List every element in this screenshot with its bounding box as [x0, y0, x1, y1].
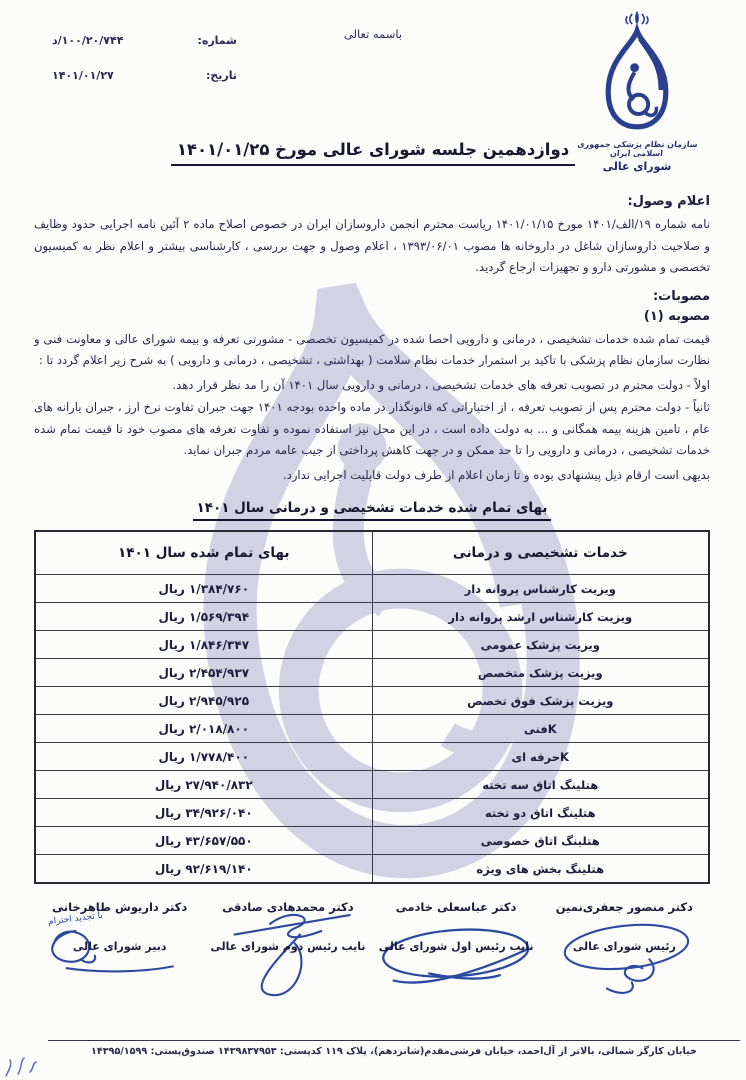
price-cell: ۳۴/۹۲۶/۰۴۰ ریال	[35, 799, 372, 827]
table-row: هتلینگ اتاق دو تخته ۳۴/۹۲۶/۰۴۰ ریال	[35, 799, 709, 827]
document-title: دوازدهمین جلسه شورای عالی مورخ ۱۴۰۱/۰۱/۲…	[0, 140, 746, 166]
signatory-role: نایب رئیس اول شورای عالی	[376, 940, 535, 953]
service-cell: هتلینگ اتاق خصوصی	[372, 827, 709, 855]
signatory-name: دکتر عباسعلی خادمی	[376, 900, 535, 914]
table-row: ویزیت کارشناس پروانه دار ۱/۳۸۴/۷۶۰ ریال	[35, 575, 709, 603]
service-cell: ویزیت کارشناس پروانه دار	[372, 575, 709, 603]
letter-number-value: ۱۰۰/۲۰/۷۴۴/د	[52, 34, 123, 47]
medical-council-logo-icon	[589, 6, 685, 134]
signature-row: دکتر منصور جعفری‌نمین رئیس شورای عالی دک…	[40, 898, 704, 1010]
price-cell: ۲/۰۱۸/۸۰۰ ریال	[35, 715, 372, 743]
service-cell: ویزیت پزشک عمومی	[372, 631, 709, 659]
signature-block-secretary: دکتر داریوش طاهرخانی با تجدید احترام دبی…	[40, 898, 199, 1010]
signature-block-second-deputy: دکتر محمدهادی صادقی نایب رئیس دوم شورای …	[208, 898, 367, 1010]
corner-pen-marks	[0, 1054, 46, 1080]
price-cell: ۱/۵۶۹/۳۹۴ ریال	[35, 603, 372, 631]
tariff-table-caption: بهای تمام شده خدمات تشخیصی و درمانی سال …	[34, 497, 710, 521]
letter-number-row: شماره: ۱۰۰/۲۰/۷۴۴/د	[52, 34, 237, 47]
resolution1-heading: مصوبه (۱)	[34, 309, 710, 324]
table-row: ویزیت کارشناس ارشد پروانه دار ۱/۵۶۹/۳۹۴ …	[35, 603, 709, 631]
table-row: ویزیت پزشک فوق تخصص ۲/۹۴۵/۹۲۵ ریال	[35, 687, 709, 715]
service-cell: هتلینگ بخش های ویژه	[372, 855, 709, 884]
price-cell: ۴۳/۶۵۷/۵۵۰ ریال	[35, 827, 372, 855]
resolutions-heading: مصوبات:	[34, 289, 710, 304]
table-row: هتلینگ اتاق خصوصی ۴۳/۶۵۷/۵۵۰ ریال	[35, 827, 709, 855]
letter-body: اعلام وصول: نامه شماره ۱۹/الف/۱۴۰۱ مورخ …	[34, 194, 710, 1010]
receipt-paragraph: نامه شماره ۱۹/الف/۱۴۰۱ مورخ ۱۴۰۱/۰۱/۱۵ ر…	[34, 214, 710, 279]
signature-scribble	[208, 898, 367, 1010]
letter-meta: شماره: ۱۰۰/۲۰/۷۴۴/د تاریخ: ۱۴۰۱/۰۱/۲۷	[52, 34, 237, 104]
service-cell: هتلینگ اتاق سه تخته	[372, 771, 709, 799]
col-header-service: خدمات تشخیصی و درمانی	[372, 531, 709, 575]
signature-block-chairman: دکتر منصور جعفری‌نمین رئیس شورای عالی	[545, 898, 704, 1010]
price-cell: ۲/۴۵۴/۹۳۷ ریال	[35, 659, 372, 687]
price-cell: ۱/۳۸۴/۷۶۰ ریال	[35, 575, 372, 603]
table-header-row: خدمات تشخیصی و درمانی بهای تمام شده سال …	[35, 531, 709, 575]
service-cell: Kحرفه ای	[372, 743, 709, 771]
service-cell: ویزیت پزشک فوق تخصص	[372, 687, 709, 715]
note-paragraph: بدیهی است ارقام ذیل پیشنهادی بوده و تا ز…	[34, 465, 710, 487]
resolution1-paragraph: قیمت تمام شده خدمات تشخیصی ، درمانی و دا…	[34, 329, 710, 372]
col-header-price: بهای تمام شده سال ۱۴۰۱	[35, 531, 372, 575]
table-row: هتلینگ اتاق سه تخته ۲۷/۹۴۰/۸۳۲ ریال	[35, 771, 709, 799]
scanned-letter-page: شماره: ۱۰۰/۲۰/۷۴۴/د تاریخ: ۱۴۰۱/۰۱/۲۷ با…	[0, 0, 746, 1080]
service-cell: ویزیت کارشناس ارشد پروانه دار	[372, 603, 709, 631]
signatory-name: دکتر محمدهادی صادقی	[208, 900, 367, 914]
table-row: ویزیت پزشک متخصص ۲/۴۵۴/۹۳۷ ریال	[35, 659, 709, 687]
table-row: Kحرفه ای ۱/۷۷۸/۴۰۰ ریال	[35, 743, 709, 771]
besmele-text: باسمه تعالی	[273, 27, 473, 41]
price-cell: ۲/۹۴۵/۹۲۵ ریال	[35, 687, 372, 715]
service-cell: ویزیت پزشک متخصص	[372, 659, 709, 687]
signatory-role: رئیس شورای عالی	[545, 940, 704, 953]
price-cell: ۹۲/۶۱۹/۱۴۰ ریال	[35, 855, 372, 884]
clause-first: اولاً - دولت محترم در تصویب تعرفه های خد…	[34, 375, 710, 397]
document-title-text: دوازدهمین جلسه شورای عالی مورخ ۱۴۰۱/۰۱/۲…	[171, 140, 575, 166]
clause-second: ثانیاً - دولت محترم پس از تصویب تعرفه ، …	[34, 397, 710, 462]
table-row: ویزیت پزشک عمومی ۱/۸۴۶/۳۴۷ ریال	[35, 631, 709, 659]
footer-address: خیابان کارگر شمالی، بالاتر از آل‌احمد، خ…	[48, 1040, 740, 1057]
service-cell: هتلینگ اتاق دو تخته	[372, 799, 709, 827]
letter-number-label: شماره:	[197, 34, 237, 47]
signatory-name: دکتر داریوش طاهرخانی	[40, 900, 199, 914]
tariff-table-caption-text: بهای تمام شده خدمات تشخیصی و درمانی سال …	[193, 500, 552, 521]
signatory-role: نایب رئیس دوم شورای عالی	[208, 940, 367, 953]
signature-scribble	[376, 898, 535, 1010]
letter-date-row: تاریخ: ۱۴۰۱/۰۱/۲۷	[52, 69, 237, 82]
letter-date-label: تاریخ:	[206, 69, 237, 82]
signatory-role: دبیر شورای عالی	[40, 940, 199, 953]
table-row: Kفنی ۲/۰۱۸/۸۰۰ ریال	[35, 715, 709, 743]
signatory-name: دکتر منصور جعفری‌نمین	[545, 900, 704, 914]
price-cell: ۲۷/۹۴۰/۸۳۲ ریال	[35, 771, 372, 799]
service-cell: Kفنی	[372, 715, 709, 743]
letter-date-value: ۱۴۰۱/۰۱/۲۷	[52, 69, 114, 82]
table-row: هتلینگ بخش های ویژه ۹۲/۶۱۹/۱۴۰ ریال	[35, 855, 709, 884]
signature-scribble	[545, 898, 704, 1010]
receipt-heading: اعلام وصول:	[34, 194, 710, 209]
tariff-table: خدمات تشخیصی و درمانی بهای تمام شده سال …	[34, 530, 710, 884]
price-cell: ۱/۸۴۶/۳۴۷ ریال	[35, 631, 372, 659]
signature-block-first-deputy: دکتر عباسعلی خادمی نایب رئیس اول شورای ع…	[376, 898, 535, 1010]
price-cell: ۱/۷۷۸/۴۰۰ ریال	[35, 743, 372, 771]
